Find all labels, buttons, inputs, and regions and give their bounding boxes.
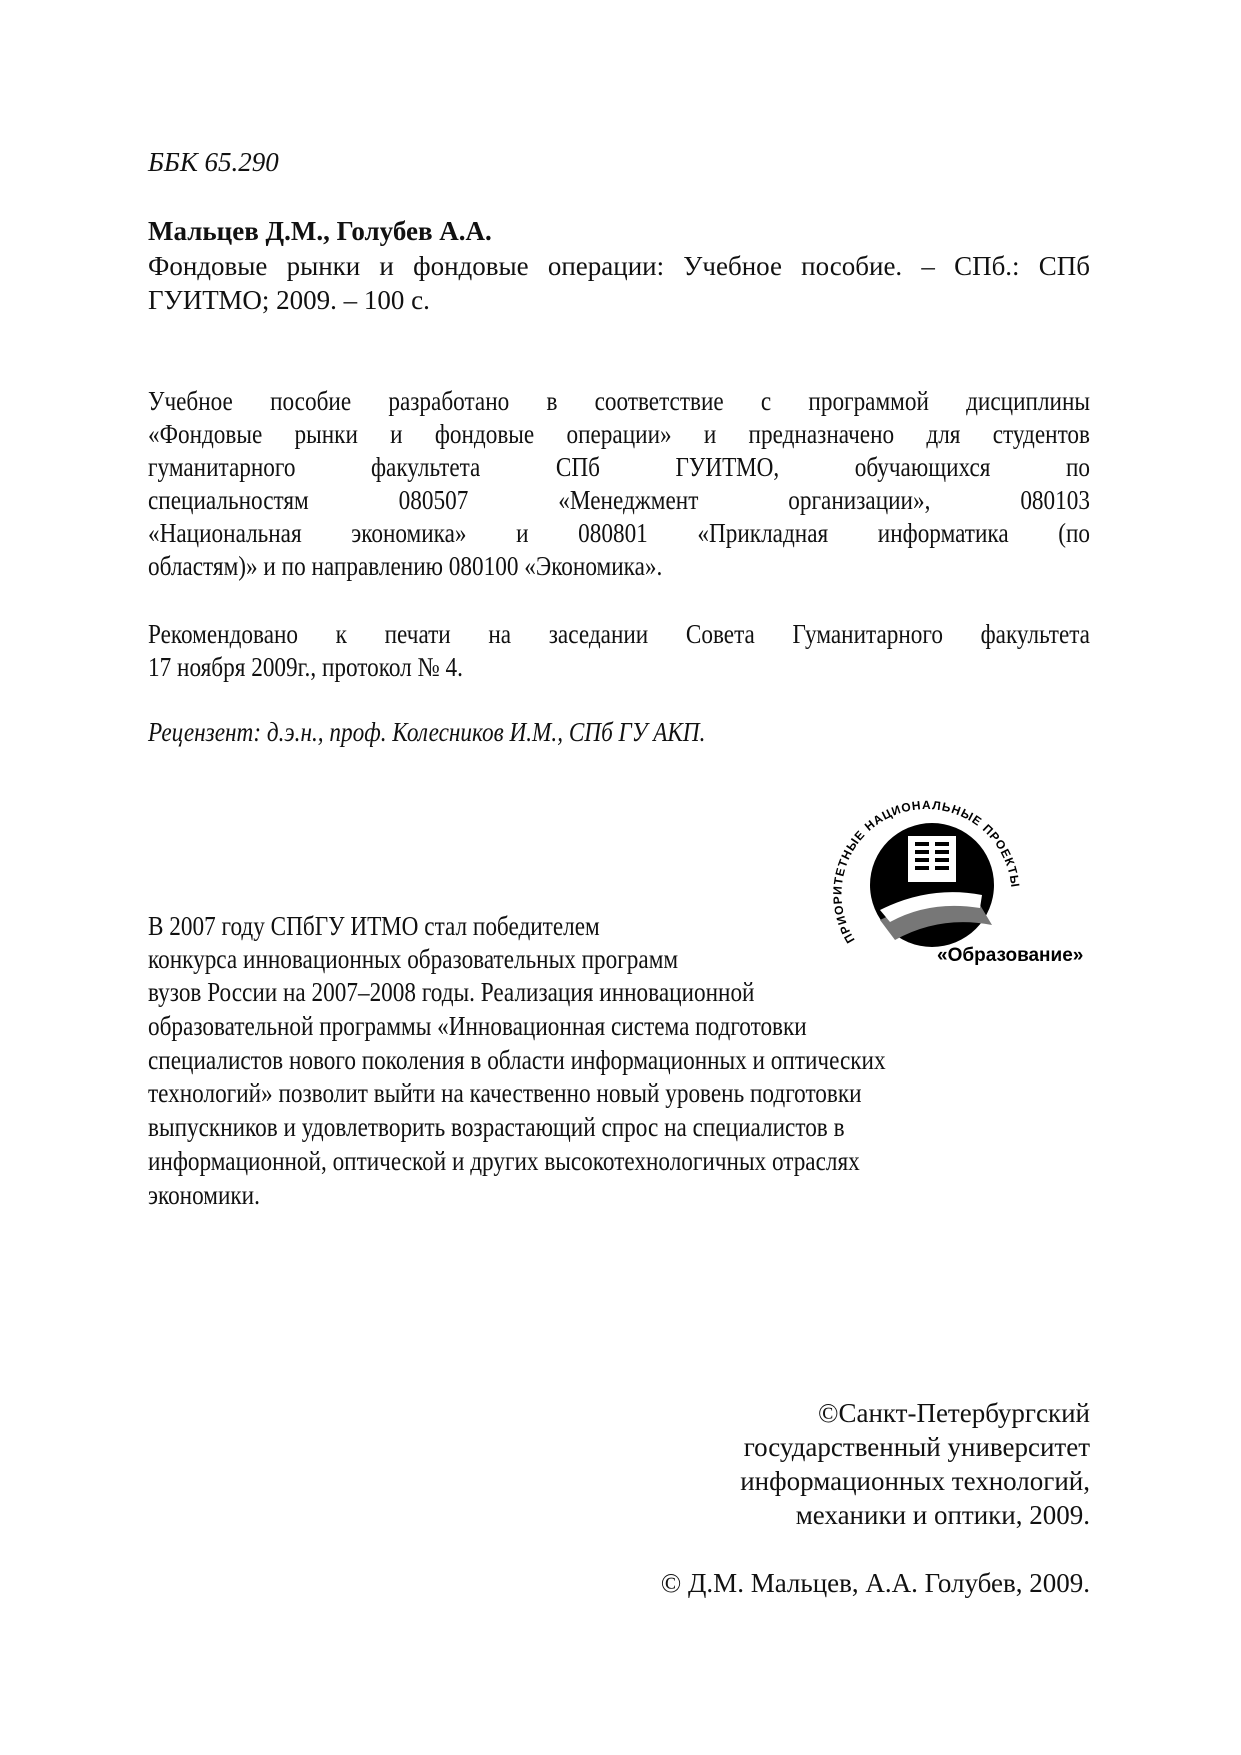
copyright-authors-line: © Д.М. Мальцев, А.А. Голубев, 2009. [148,1567,1090,1600]
itmo-note-line: образовательной программы «Инновационная… [148,1010,807,1043]
citation-line: ГУИТМО; 2009. – 100 с. [148,284,430,317]
education-project-logo: ПРИОРИТЕТНЫЕ НАЦИОНАЛЬНЫЕ ПРОЕКТЫ «Образ… [820,790,1120,1000]
copyright-university-line: государственный университет [148,1431,1090,1464]
copyright-university-line: информационных технологий, [148,1465,1090,1498]
itmo-note-line: информационной, оптической и других высо… [148,1145,860,1178]
recommendation-line: 17 ноября 2009г., протокол № 4. [148,651,463,684]
itmo-note-line: технологий» позволит выйти на качественн… [148,1077,862,1110]
logo-label: «Образование» [937,945,1083,967]
itmo-note-line: конкурса инновационных образовательных п… [148,943,678,976]
annotation-line: гуманитарного факультета СПб ГУИТМО, обу… [148,451,1090,484]
itmo-note-line: экономики. [148,1179,260,1212]
annotation-line: специальностям 080507 «Менеджмент органи… [148,484,1090,517]
book-logo-icon: ПРИОРИТЕТНЫЕ НАЦИОНАЛЬНЫЕ ПРОЕКТЫ [820,790,1120,1000]
authors-heading: Мальцев Д.М., Голубев А.А. [148,216,492,247]
copyright-university-line: механики и оптики, 2009. [148,1499,1090,1532]
annotation-line: областям)» и по направлению 080100 «Экон… [148,550,662,583]
annotation-line: «Национальная экономика» и 080801 «Прикл… [148,517,1090,550]
itmo-note-line: В 2007 году СПбГУ ИТМО стал победителем [148,910,600,943]
recommendation-line: Рекомендовано к печати на заседании Сове… [148,618,1090,651]
annotation-line: Учебное пособие разработано в соответств… [148,385,1090,418]
bbk-code: ББК 65.290 [148,147,279,178]
itmo-note-line: специалистов нового поколения в области … [148,1044,886,1077]
reviewer-line: Рецензент: д.э.н., проф. Колесников И.М.… [148,716,705,749]
annotation-line: «Фондовые рынки и фондовые операции» и п… [148,418,1090,451]
copyright-university-line: ©Санкт-Петербургский [148,1397,1090,1430]
itmo-note-line: выпускников и удовлетворить возрастающий… [148,1111,845,1144]
citation-line: Фондовые рынки и фондовые операции: Учеб… [148,250,1090,283]
itmo-note-line: вузов России на 2007–2008 годы. Реализац… [148,976,754,1009]
